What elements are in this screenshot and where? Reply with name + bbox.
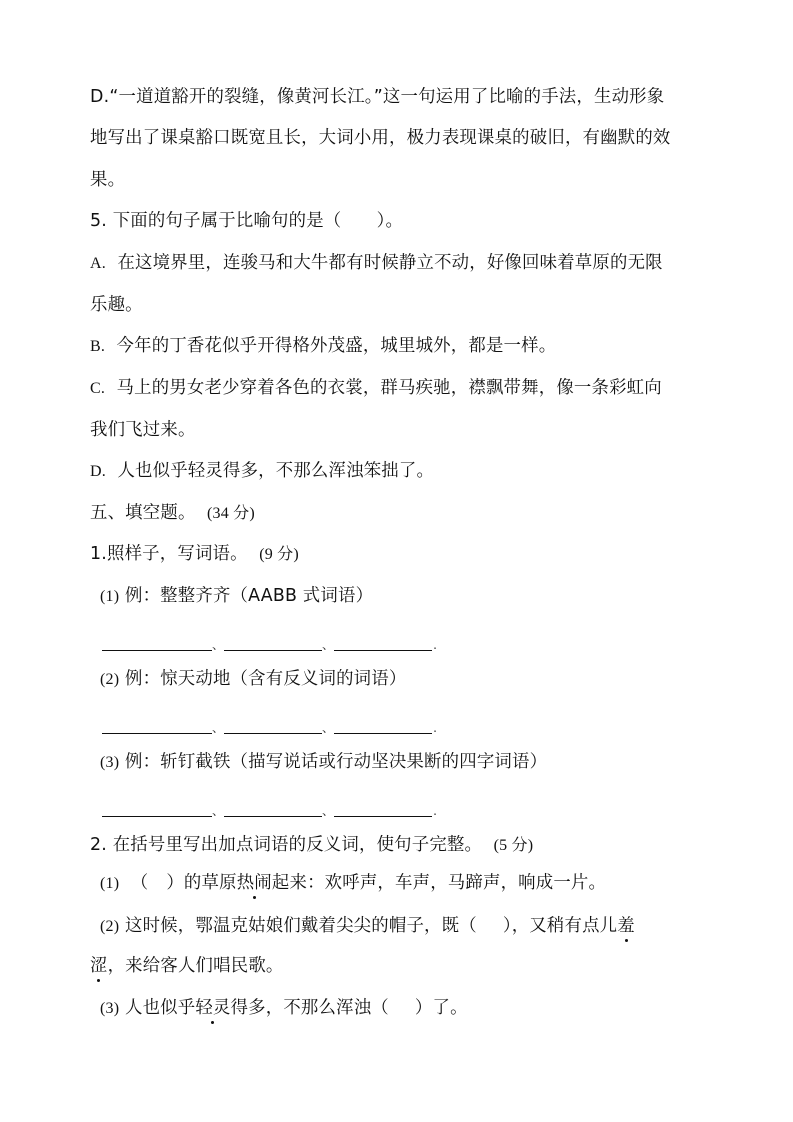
separator: 、 bbox=[322, 639, 334, 651]
q1-item-1-blanks: 、、. bbox=[102, 632, 438, 646]
option-label: C. bbox=[90, 380, 105, 397]
q5-option-d[interactable]: D. 人也似乎轻灵得多，不那么浑浊笨拙了。 bbox=[90, 459, 434, 483]
q2-item-2: (2) 这时候，鄂温克姑娘们戴着尖尖的帽子，既（），又稍有点儿羞 bbox=[100, 914, 635, 938]
answer-blank[interactable] bbox=[334, 804, 432, 817]
item-number: (3) bbox=[100, 1000, 119, 1017]
separator: 、 bbox=[212, 722, 224, 734]
q1-item-2-blanks: 、、. bbox=[102, 715, 438, 729]
item-text: 起来：欢呼声，车声，马蹄声，响成一片。 bbox=[272, 873, 606, 893]
item-note: （描写说话或行动坚决果断的四字词语） bbox=[231, 752, 548, 772]
answer-blank[interactable] bbox=[224, 721, 322, 734]
item-number: (1) bbox=[100, 588, 119, 605]
option-text: 人也似乎轻灵得多，不那么浑浊笨拙了。 bbox=[117, 461, 434, 481]
close-paren: ） bbox=[166, 873, 184, 893]
worksheet-page: D.“一道道豁开的裂缝，像黄河长江。”这一句运用了比喻的手法，生动形象 地写出了… bbox=[0, 0, 793, 1122]
item-text: 得多，不那么浑浊（ bbox=[231, 998, 389, 1018]
section-score: (34 分) bbox=[207, 505, 255, 522]
q2-item-1: (1) （）的草原热闹起来：欢呼声，车声，马蹄声，响成一片。 bbox=[100, 871, 606, 895]
item-number: (1) bbox=[100, 875, 119, 892]
end-mark: . bbox=[432, 639, 438, 651]
dotted-word: 热闹 bbox=[237, 871, 272, 895]
q2-stem: 2. 在括号里写出加点词语的反义词，使句子完整。 (5 分) bbox=[90, 833, 533, 857]
q5-option-c-cont: 我们飞过来。 bbox=[90, 418, 196, 442]
q2-item-2-cont: 涩，来给客人们唱民歌。 bbox=[90, 954, 284, 978]
dotted-char: 羞 bbox=[617, 914, 635, 938]
item-number: (3) bbox=[100, 754, 119, 771]
item-example: 例：整整齐齐 bbox=[125, 586, 231, 606]
q5-option-a-cont: 乐趣。 bbox=[90, 293, 143, 317]
item-text: ，来给客人们唱民歌。 bbox=[108, 956, 284, 976]
answer-blank[interactable] bbox=[102, 638, 212, 651]
q2-stem-text: 2. 在括号里写出加点词语的反义词，使句子完整。 bbox=[90, 835, 482, 855]
end-mark: . bbox=[432, 805, 438, 817]
item-example: 例：斩钉截铁 bbox=[125, 752, 231, 772]
q1-score: (9 分) bbox=[259, 546, 299, 563]
item-note: （AABB 式词语） bbox=[231, 586, 374, 606]
answer-blank[interactable] bbox=[102, 804, 212, 817]
item-text: 人也似乎 bbox=[125, 998, 195, 1018]
dotted-word: 轻灵 bbox=[195, 996, 230, 1020]
separator: 、 bbox=[212, 639, 224, 651]
section-5-title: 五、填空题。 (34 分) bbox=[90, 501, 255, 525]
q4-option-d-line-3: 果。 bbox=[90, 168, 125, 192]
item-text: ）了。 bbox=[415, 998, 468, 1018]
item-number: (2) bbox=[100, 918, 119, 935]
q5-option-b[interactable]: B. 今年的丁香花似乎开得格外茂盛，城里城外，都是一样。 bbox=[90, 334, 556, 358]
open-paren: （ bbox=[131, 873, 149, 893]
option-label: D. bbox=[90, 463, 106, 480]
q1-stem: 1.照样子，写词语。 (9 分) bbox=[90, 542, 299, 566]
option-text: 今年的丁香花似乎开得格外茂盛，城里城外，都是一样。 bbox=[117, 336, 557, 356]
item-example: 例：惊天动地 bbox=[125, 669, 231, 689]
item-text: ），又稍有点儿 bbox=[503, 916, 617, 936]
answer-blank[interactable] bbox=[334, 721, 432, 734]
q1-item-3: (3) 例：斩钉截铁（描写说话或行动坚决果断的四字词语） bbox=[100, 750, 547, 774]
answer-blank[interactable] bbox=[102, 721, 212, 734]
item-number: (2) bbox=[100, 671, 119, 688]
answer-blank[interactable] bbox=[224, 638, 322, 651]
option-label: B. bbox=[90, 338, 105, 355]
answer-blank[interactable] bbox=[334, 638, 432, 651]
separator: 、 bbox=[212, 805, 224, 817]
answer-blank[interactable] bbox=[224, 804, 322, 817]
dotted-char: 涩 bbox=[90, 954, 108, 978]
separator: 、 bbox=[322, 805, 334, 817]
q1-item-3-blanks: 、、. bbox=[102, 798, 438, 812]
q5-option-c[interactable]: C. 马上的男女老少穿着各色的衣裳，群马疾驰，襟飘带舞，像一条彩虹向 bbox=[90, 376, 662, 400]
q1-item-2: (2) 例：惊天动地（含有反义词的词语） bbox=[100, 667, 406, 691]
option-label: A. bbox=[90, 255, 106, 272]
q2-score: (5 分) bbox=[494, 837, 534, 854]
end-mark: . bbox=[432, 722, 438, 734]
option-text: 在这境界里，连骏马和大牛都有时候静立不动，好像回味着草原的无限 bbox=[117, 253, 662, 273]
q4-option-d-line-2: 地写出了课桌豁口既宽且长，大词小用，极力表现课桌的破旧，有幽默的效 bbox=[90, 126, 671, 150]
q4-option-d-line-1: D.“一道道豁开的裂缝，像黄河长江。”这一句运用了比喻的手法，生动形象 bbox=[90, 85, 664, 109]
q5-option-a[interactable]: A. 在这境界里，连骏马和大牛都有时候静立不动，好像回味着草原的无限 bbox=[90, 251, 663, 275]
q2-item-3: (3) 人也似乎轻灵得多，不那么浑浊（）了。 bbox=[100, 996, 468, 1020]
item-text: 的草原 bbox=[184, 873, 237, 893]
separator: 、 bbox=[322, 722, 334, 734]
q1-stem-text: 1.照样子，写词语。 bbox=[90, 544, 248, 564]
section-title: 五、填空题。 bbox=[90, 503, 196, 523]
item-text: 这时候，鄂温克姑娘们戴着尖尖的帽子，既（ bbox=[125, 916, 477, 936]
q5-stem: 5. 下面的句子属于比喻句的是（ ）。 bbox=[90, 209, 403, 233]
q1-item-1: (1) 例：整整齐齐（AABB 式词语） bbox=[100, 584, 373, 608]
option-text: 马上的男女老少穿着各色的衣裳，群马疾驰，襟飘带舞，像一条彩虹向 bbox=[117, 378, 662, 398]
item-note: （含有反义词的词语） bbox=[231, 669, 407, 689]
